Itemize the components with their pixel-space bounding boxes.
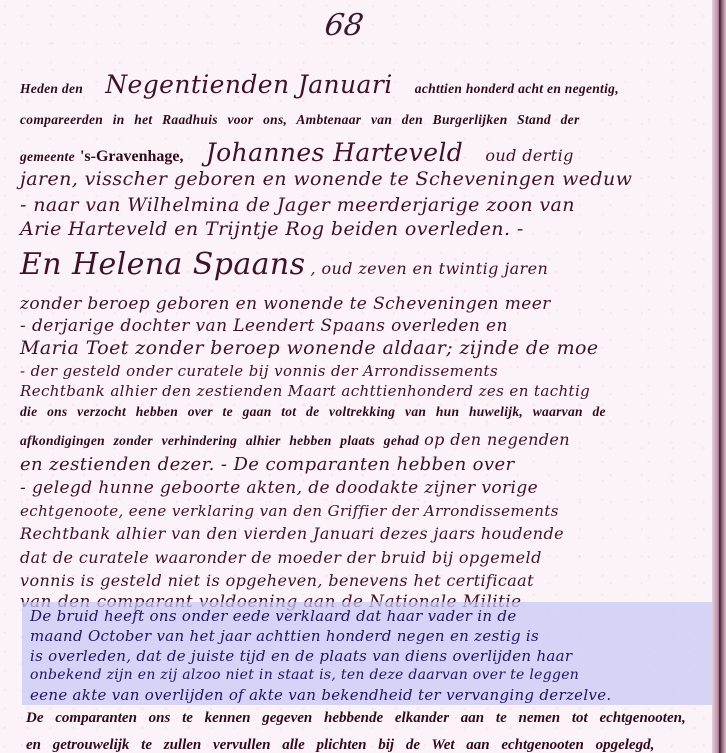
page-binding-edge: [712, 0, 726, 753]
highlighted-line: onbekend zijn en zij alzoo niet in staat…: [30, 667, 579, 683]
highlighted-line: is overleden, dat de juiste tijd en de p…: [30, 647, 572, 665]
marriage-record-page: 68 Heden den Negentienden Januari achtti…: [0, 0, 726, 753]
record-line: vonnis is gesteld niet is opgeheven, ben…: [20, 573, 534, 589]
highlighted-line: maand October van het jaar achttien hond…: [30, 627, 539, 645]
printed-closing-line: De comparanten ons te kennen gegeven heb…: [26, 710, 686, 727]
printed-text: afkondigingen zonder verhindering alhier…: [20, 433, 419, 448]
record-line: En Helena Spaans , oud zeven en twintig …: [20, 250, 548, 280]
record-line: zonder beroep geboren en wonende te Sche…: [20, 296, 551, 313]
record-line: Rechtbank alhier den zestienden Maart ac…: [20, 384, 590, 399]
record-line: echtgenoote, eene verklaring van den Gri…: [20, 504, 559, 519]
handwritten-text: op den negenden: [424, 430, 570, 449]
printed-text: Heden den: [20, 81, 83, 96]
record-line: - derjarige dochter van Leendert Spaans …: [20, 318, 508, 335]
record-line: - der gesteld onder curatele bij vonnis …: [20, 364, 498, 379]
highlighted-line: De bruid heeft ons onder eede verklaard …: [30, 607, 517, 625]
record-line: afkondigingen zonder verhindering alhier…: [20, 432, 570, 448]
record-line: Heden den Negentienden Januari achttien …: [20, 72, 619, 97]
handwritten-text: oud dertig: [485, 146, 573, 165]
handwritten-date: Negentienden Januari: [105, 70, 392, 99]
record-line: gemeente 's-Gravenhage, Johannes Harteve…: [20, 140, 574, 165]
record-line: Maria Toet zonder beroep wonende aldaar;…: [20, 339, 598, 358]
printed-text: gemeente: [20, 149, 75, 164]
record-line: die ons verzocht hebben over te gaan tot…: [20, 405, 606, 419]
record-line: Arie Harteveld en Trijntje Rog beiden ov…: [20, 220, 524, 239]
record-line: en zestienden dezer. - De comparanten he…: [20, 456, 515, 474]
handwritten-text: , oud zeven en twintig jaren: [311, 259, 549, 278]
printed-city: 's-Gravenhage,: [80, 148, 184, 165]
printed-text: compareerden in het Raadhuis voor ons, A…: [20, 112, 580, 127]
record-line: dat de curatele waaronder de moeder der …: [20, 550, 542, 566]
handwritten-bride-name: En Helena Spaans: [20, 247, 305, 282]
handwritten-groom-name: Johannes Harteveld: [206, 138, 463, 167]
highlighted-line: eene akte van overlijden of akte van bek…: [30, 686, 611, 704]
record-line: jaren, visscher geboren en wonende te Sc…: [20, 170, 632, 189]
record-line: Rechtbank alhier van den vierden Januari…: [20, 526, 564, 542]
page-number: 68: [323, 8, 366, 43]
record-line: - naar van Wilhelmina de Jager meerderja…: [20, 196, 575, 215]
printed-text: achttien honderd acht en negentig,: [415, 81, 619, 96]
printed-closing-line: en getrouwelijk te zullen vervullen alle…: [26, 737, 654, 753]
record-line: compareerden in het Raadhuis voor ons, A…: [20, 111, 580, 127]
record-line: - gelegd hunne geboorte akten, de doodak…: [20, 480, 538, 497]
